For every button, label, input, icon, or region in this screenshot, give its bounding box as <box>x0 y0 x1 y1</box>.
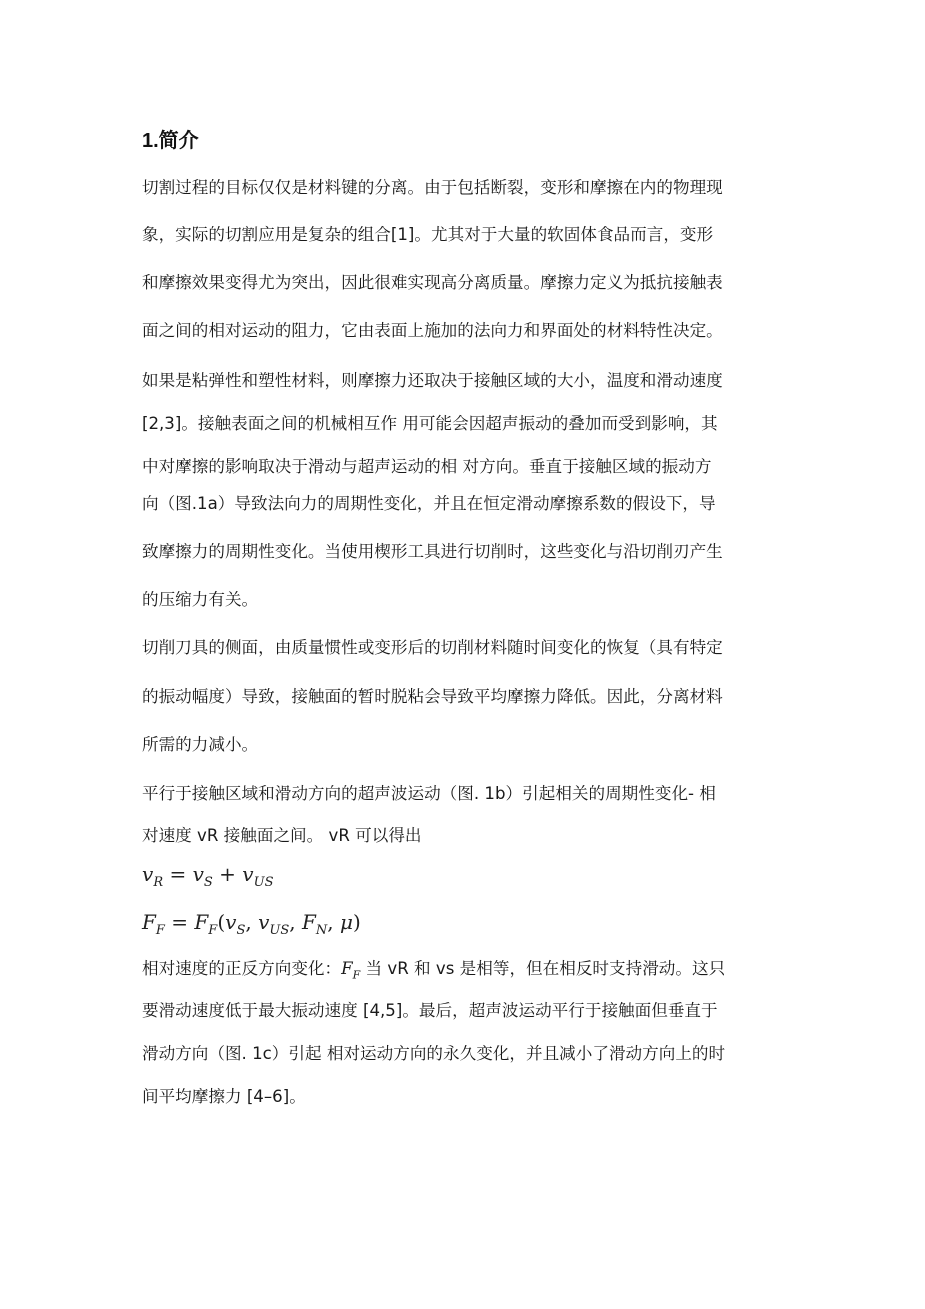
paragraph-line: 相对速度的正反方向变化：FF 当 vR 和 vs 是相等，但在相反时支持滑动。这… <box>142 958 725 986</box>
inline-math-ff: FF <box>341 959 360 978</box>
formula-friction-force: FF = FF(vS, vUS, FN, μ) <box>142 910 361 938</box>
paragraph-line: 滑动方向（图. 1c）引起 相对运动方向的永久变化，并且减小了滑动方向上的时 <box>142 1043 725 1065</box>
paragraph-line: 的振动幅度）导致，接触面的暂时脱粘会导致平均摩擦力降低。因此，分离材料 <box>142 686 723 708</box>
paragraph-line: 向（图.1a）导致法向力的周期性变化，并且在恒定滑动摩擦系数的假设下，导 <box>142 493 716 515</box>
paragraph-line: 中对摩擦的影响取决于滑动与超声运动的相 对方向。垂直于接触区域的振动方 <box>142 456 711 478</box>
paragraph-line: 和摩擦效果变得尤为突出，因此很难实现高分离质量。摩擦力定义为抵抗接触表 <box>142 272 723 294</box>
paragraph-line: 切割过程的目标仅仅是材料键的分离。由于包括断裂，变形和摩擦在内的物理现 <box>142 177 723 199</box>
section-heading: 1.简介 <box>142 124 199 153</box>
paragraph-line: 平行于接触区域和滑动方向的超声波运动（图. 1b）引起相关的周期性变化- 相 <box>142 783 716 805</box>
paragraph-line: 致摩擦力的周期性变化。当使用楔形工具进行切削时，这些变化与沿切削刃产生 <box>142 541 723 563</box>
formula-relative-velocity: vR = vS + vUS <box>142 862 273 890</box>
document-page: 1.简介 切割过程的目标仅仅是材料键的分离。由于包括断裂，变形和摩擦在内的物理现… <box>0 0 925 1309</box>
paragraph-line: 要滑动速度低于最大振动速度 [4,5]。最后，超声波运动平行于接触面但垂直于 <box>142 1000 718 1022</box>
paragraph-line: 象，实际的切割应用是复杂的组合[1]。尤其对于大量的软固体食品而言，变形 <box>142 224 713 246</box>
paragraph-line: 面之间的相对运动的阻力，它由表面上施加的法向力和界面处的材料特性决定。 <box>142 320 723 342</box>
paragraph-line: 切削刀具的侧面，由质量惯性或变形后的切削材料随时间变化的恢复（具有特定 <box>142 637 723 659</box>
paragraph-line: 间平均摩擦力 [4–6]。 <box>142 1086 306 1108</box>
paragraph-line: 的压缩力有关。 <box>142 589 258 611</box>
paragraph-line: 如果是粘弹性和塑性材料，则摩擦力还取决于接触区域的大小，温度和滑动速度 <box>142 370 723 392</box>
paragraph-line: [2,3]。接触表面之间的机械相互作 用可能会因超声振动的叠加而受到影响，其 <box>142 413 718 435</box>
paragraph-line: 对速度 vR 接触面之间。 vR 可以得出 <box>142 825 422 847</box>
paragraph-line: 所需的力减小。 <box>142 734 258 756</box>
